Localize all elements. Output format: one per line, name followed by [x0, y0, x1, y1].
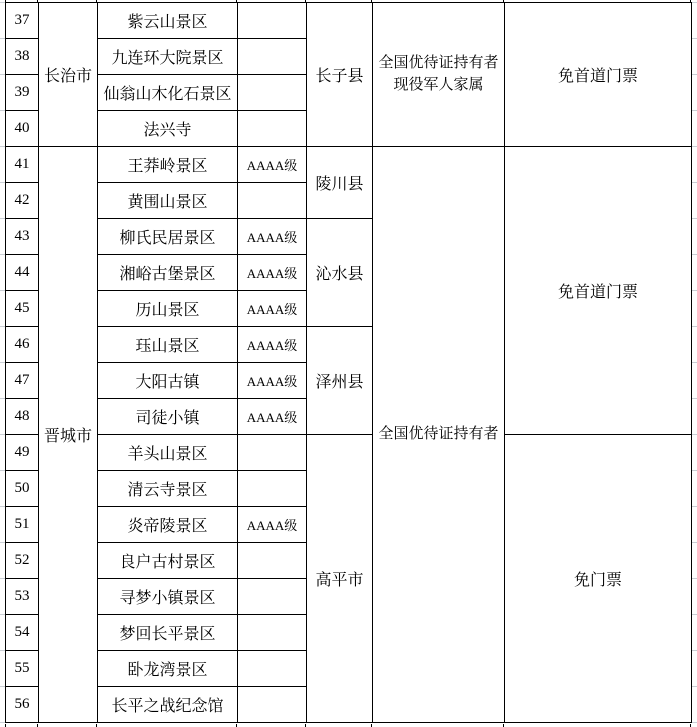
scenic-area-cell: 大阳古镇 [98, 363, 238, 399]
scenic-area-cell: 清云寺景区 [98, 471, 238, 507]
scenic-area-cell: 珏山景区 [98, 327, 238, 363]
row-number-cell: 50 [6, 471, 39, 507]
row-number-cell: 47 [6, 363, 39, 399]
gridline-tick [0, 290, 5, 291]
scenic-area-cell: 黄围山景区 [98, 183, 238, 219]
table-border-stub [690, 0, 691, 2]
benefits-table: 37长治市紫云山景区长子县全国优待证持有者 现役军人家属免首道门票38九连环大院… [5, 2, 692, 723]
table-row: 49羊头山景区高平市免门票 [6, 435, 692, 471]
gridline-tick [692, 146, 697, 147]
row-number-cell: 51 [6, 507, 39, 543]
scenic-area-cell: 历山景区 [98, 291, 238, 327]
table-body: 37长治市紫云山景区长子县全国优待证持有者 现役军人家属免首道门票38九连环大院… [6, 3, 692, 723]
county-cell: 长子县 [307, 3, 373, 147]
scenic-area-cell: 炎帝陵景区 [98, 507, 238, 543]
table-row: 41晋城市王莽岭景区AAAA级陵川县全国优待证持有者免首道门票 [6, 147, 692, 183]
rating-cell: AAAA级 [238, 255, 307, 291]
row-number-cell: 42 [6, 183, 39, 219]
gridline-tick [692, 398, 697, 399]
gridline-tick [692, 362, 697, 363]
city-cell: 长治市 [39, 3, 98, 147]
gridline-tick [692, 182, 697, 183]
rating-cell: AAAA级 [238, 327, 307, 363]
county-cell: 高平市 [307, 435, 373, 723]
gridline-tick [0, 398, 5, 399]
row-number-cell: 46 [6, 327, 39, 363]
gridline-tick [0, 686, 5, 687]
gridline-tick [0, 110, 5, 111]
scenic-area-cell: 羊头山景区 [98, 435, 238, 471]
rating-cell [238, 183, 307, 219]
eligible-group-cell: 全国优待证持有者 现役军人家属 [373, 3, 505, 147]
row-number-cell: 52 [6, 543, 39, 579]
row-number-cell: 48 [6, 399, 39, 435]
rating-cell [238, 3, 307, 39]
benefit-cell: 免首道门票 [505, 147, 692, 435]
rating-cell: AAAA级 [238, 291, 307, 327]
scenic-area-cell: 长平之战纪念馆 [98, 687, 238, 723]
gridline-tick [692, 542, 697, 543]
gridline-tick [692, 74, 697, 75]
table-border-stub [503, 0, 504, 2]
gridline-tick [0, 74, 5, 75]
rating-cell [238, 39, 307, 75]
rating-cell [238, 615, 307, 651]
table-border-stub [236, 0, 237, 2]
table-border-stub [305, 0, 306, 2]
gridline-tick [0, 434, 5, 435]
table-border-stub [96, 0, 97, 2]
rating-cell [238, 471, 307, 507]
rating-cell: AAAA级 [238, 363, 307, 399]
gridline-tick [0, 614, 5, 615]
gridline-tick [692, 38, 697, 39]
row-number-cell: 54 [6, 615, 39, 651]
scenic-area-cell: 寻梦小镇景区 [98, 579, 238, 615]
rating-cell [238, 651, 307, 687]
benefit-cell: 免门票 [505, 435, 692, 723]
gridline-tick [692, 650, 697, 651]
gridline-tick [0, 146, 5, 147]
gridline-tick [0, 578, 5, 579]
county-cell: 泽州县 [307, 327, 373, 435]
row-number-cell: 43 [6, 219, 39, 255]
gridline-tick [692, 326, 697, 327]
row-number-cell: 41 [6, 147, 39, 183]
row-number-cell: 45 [6, 291, 39, 327]
row-number-cell: 49 [6, 435, 39, 471]
rating-cell [238, 543, 307, 579]
row-number-cell: 56 [6, 687, 39, 723]
gridline-tick [0, 38, 5, 39]
rating-cell [238, 687, 307, 723]
gridline-tick [692, 614, 697, 615]
gridline-tick [692, 434, 697, 435]
gridline-tick [0, 326, 5, 327]
row-number-cell: 53 [6, 579, 39, 615]
row-number-cell: 39 [6, 75, 39, 111]
gridline-tick [692, 254, 697, 255]
gridline-tick [0, 542, 5, 543]
rating-cell: AAAA级 [238, 219, 307, 255]
scenic-area-cell: 王莽岭景区 [98, 147, 238, 183]
gridline-tick [692, 506, 697, 507]
gridline-tick [692, 470, 697, 471]
gridline-tick [0, 254, 5, 255]
county-cell: 陵川县 [307, 147, 373, 219]
gridline-tick [692, 290, 697, 291]
rating-cell: AAAA级 [238, 507, 307, 543]
scenic-area-cell: 梦回长平景区 [98, 615, 238, 651]
gridline-tick [692, 722, 697, 723]
table-border-stub [37, 0, 38, 2]
gridline-tick [0, 218, 5, 219]
spreadsheet-table-page: 37长治市紫云山景区长子县全国优待证持有者 现役军人家属免首道门票38九连环大院… [0, 0, 697, 727]
scenic-area-cell: 紫云山景区 [98, 3, 238, 39]
row-number-cell: 37 [6, 3, 39, 39]
row-number-cell: 40 [6, 111, 39, 147]
rating-cell [238, 111, 307, 147]
scenic-area-cell: 法兴寺 [98, 111, 238, 147]
gridline-tick [0, 2, 5, 3]
row-number-cell: 55 [6, 651, 39, 687]
table-row: 37长治市紫云山景区长子县全国优待证持有者 现役军人家属免首道门票 [6, 3, 692, 39]
gridline-tick [692, 686, 697, 687]
gridline-tick [0, 362, 5, 363]
rating-cell [238, 75, 307, 111]
scenic-area-cell: 良户古村景区 [98, 543, 238, 579]
table-border-stub [5, 0, 6, 2]
scenic-area-cell: 柳氏民居景区 [98, 219, 238, 255]
scenic-area-cell: 仙翁山木化石景区 [98, 75, 238, 111]
gridline-tick [692, 2, 697, 3]
scenic-area-cell: 卧龙湾景区 [98, 651, 238, 687]
rating-cell [238, 579, 307, 615]
scenic-area-cell: 湘峪古堡景区 [98, 255, 238, 291]
eligible-group-cell: 全国优待证持有者 [373, 147, 505, 723]
gridline-tick [0, 506, 5, 507]
gridline-tick [692, 578, 697, 579]
scenic-area-cell: 九连环大院景区 [98, 39, 238, 75]
gridline-tick [0, 650, 5, 651]
row-number-cell: 38 [6, 39, 39, 75]
city-cell: 晋城市 [39, 147, 98, 723]
gridline-tick [0, 182, 5, 183]
gridline-tick [0, 722, 5, 723]
scenic-area-cell: 司徒小镇 [98, 399, 238, 435]
gridline-tick [0, 470, 5, 471]
table-border-stub [371, 0, 372, 2]
gridline-tick [692, 110, 697, 111]
rating-cell: AAAA级 [238, 147, 307, 183]
county-cell: 沁水县 [307, 219, 373, 327]
gridline-tick [692, 218, 697, 219]
rating-cell: AAAA级 [238, 399, 307, 435]
rating-cell [238, 435, 307, 471]
row-number-cell: 44 [6, 255, 39, 291]
benefit-cell: 免首道门票 [505, 3, 692, 147]
